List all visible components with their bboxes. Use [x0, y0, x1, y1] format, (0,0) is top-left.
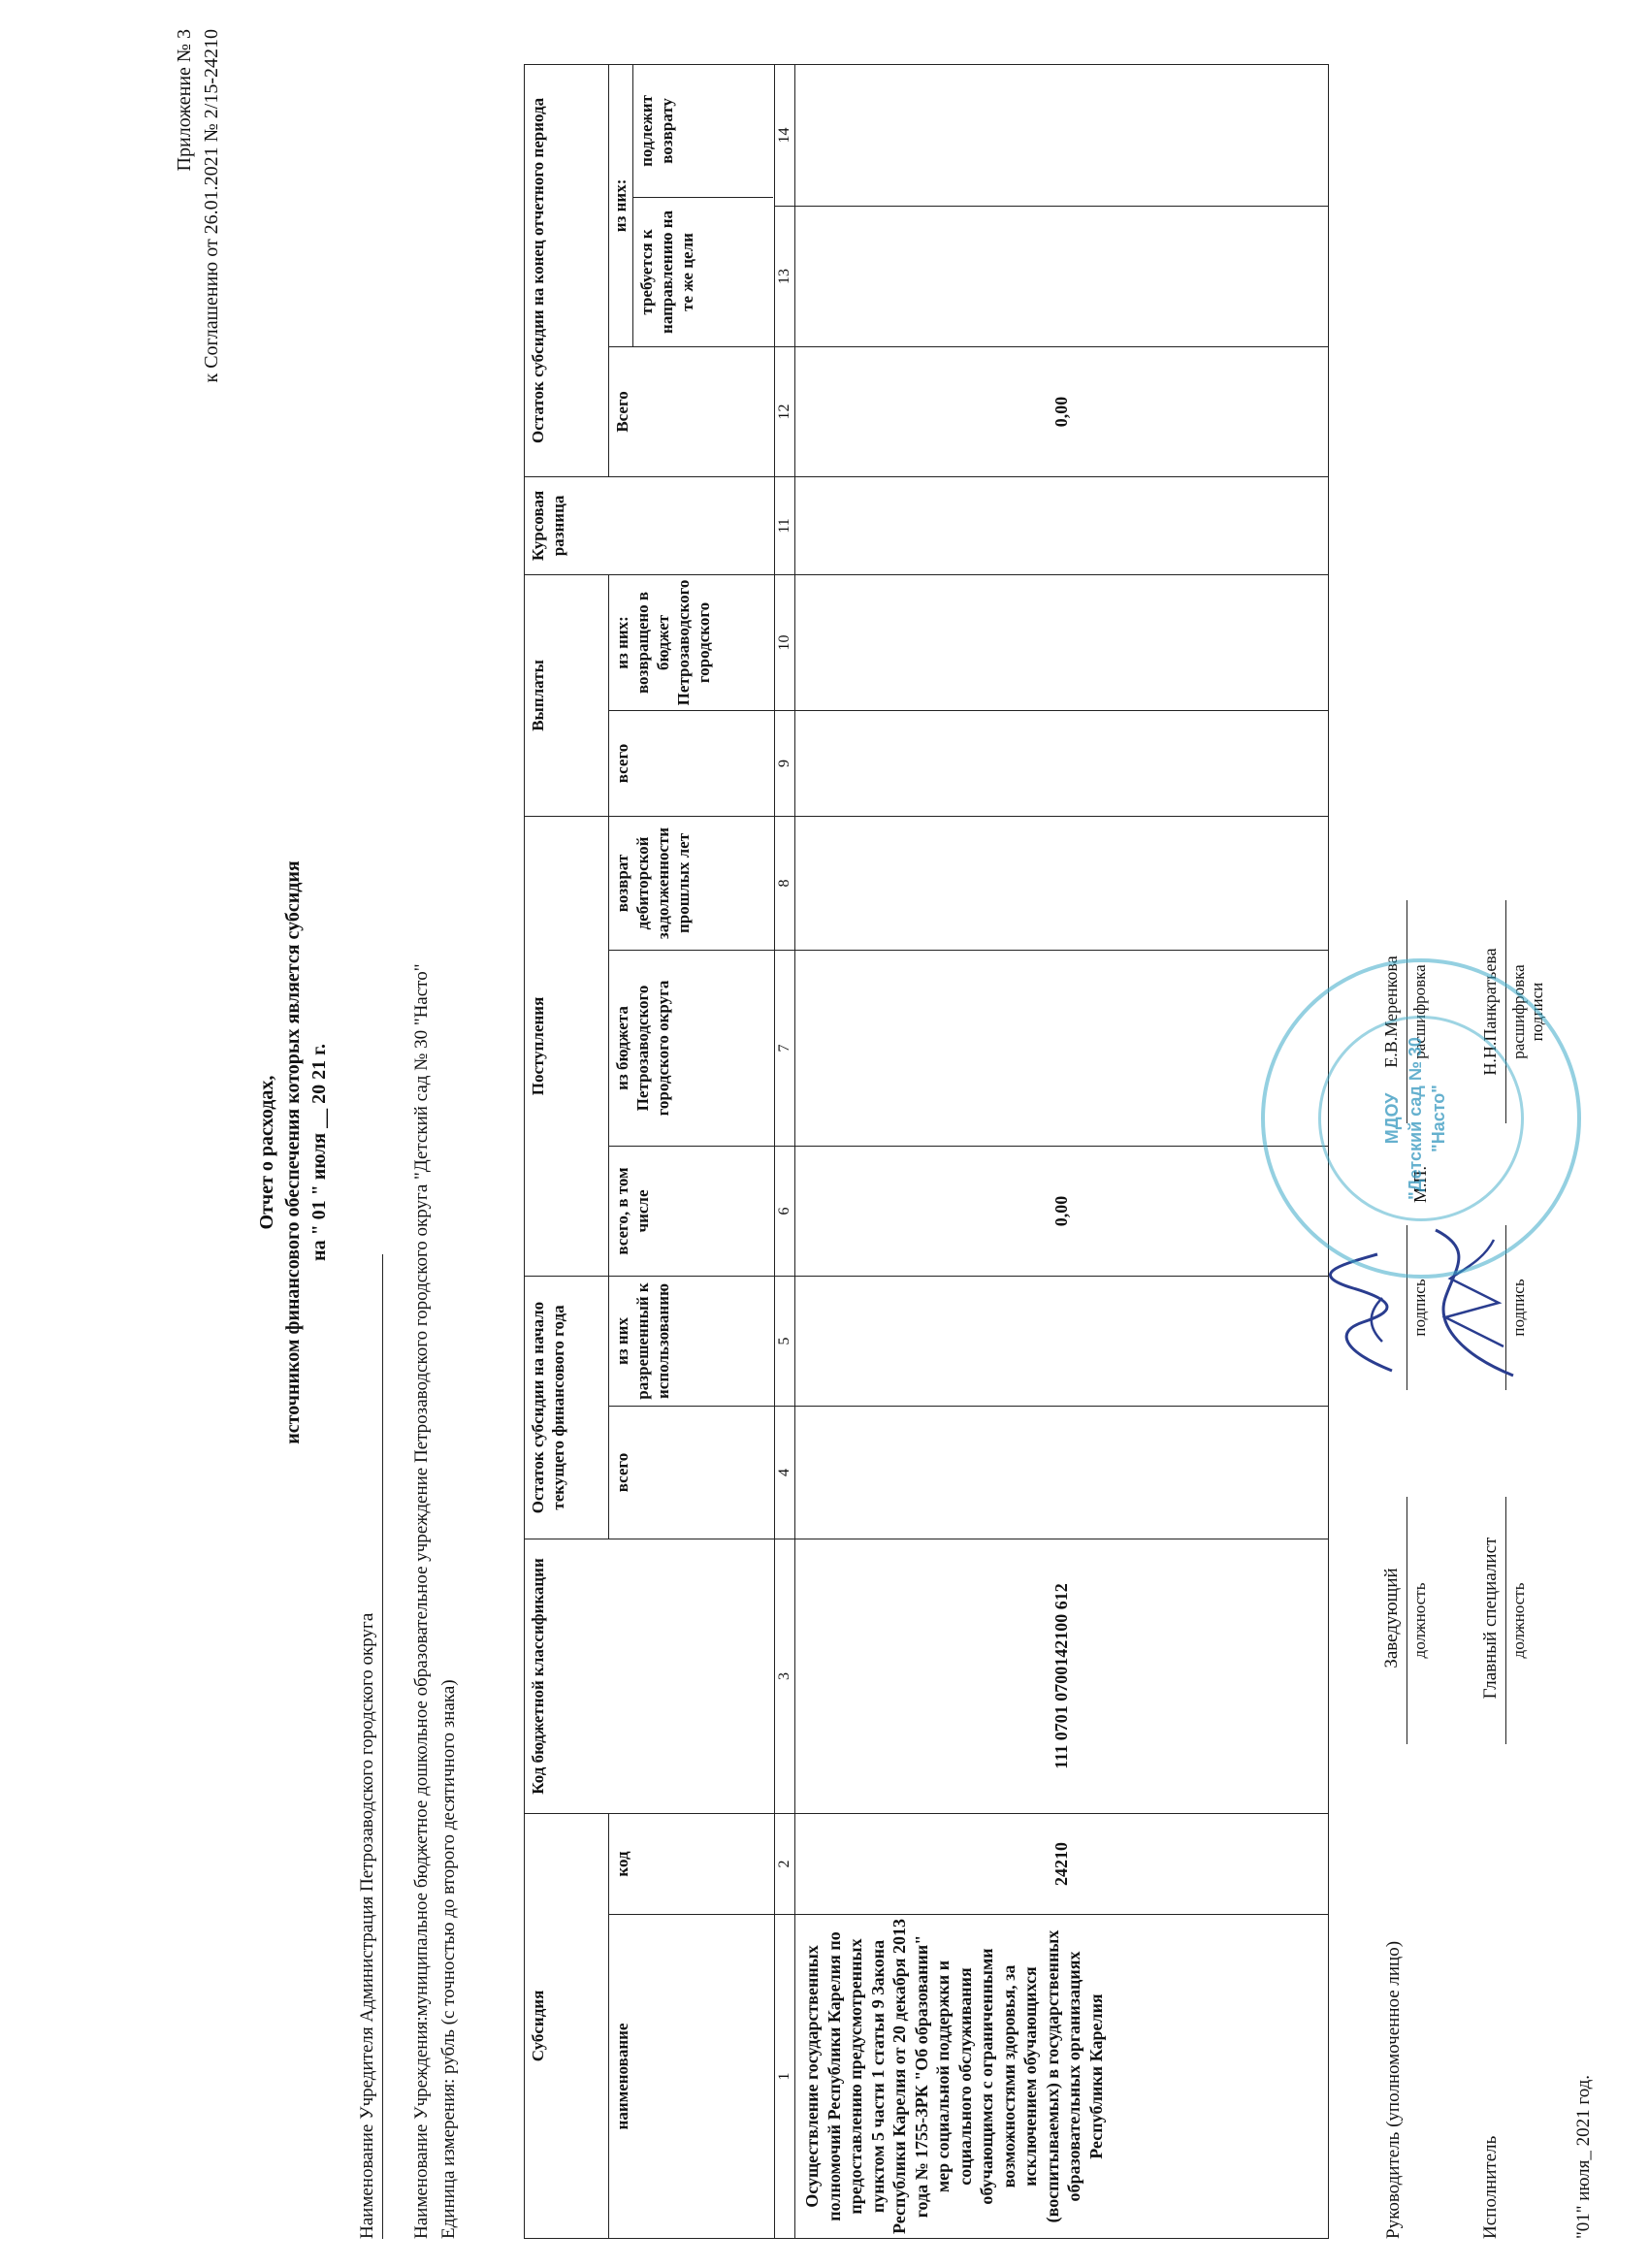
receipts-total-cell: 0,00 — [795, 1147, 1329, 1277]
expense-report-table: Субсидия Код бюджетной классификации Ост… — [524, 64, 1329, 2239]
subheader-code: код — [609, 1814, 775, 1915]
header-kbk: Код бюджетной классификации — [525, 1539, 775, 1814]
organization-stamp: МДОУ "Детский сад № 30 "Насто" — [1261, 958, 1581, 1279]
executor-label: Исполнитель — [1480, 2136, 1502, 2239]
subsidy-name-cell: Осуществление государственных полномочий… — [795, 1915, 1329, 2239]
subheader-payments-total: всего — [609, 710, 775, 816]
title-line-3: на " 01 " июля __ 20 21 г. — [307, 619, 333, 1686]
col-num-9: 9 — [775, 710, 795, 816]
header-subsidy: Субсидия — [525, 1814, 609, 2239]
appendix-number: Приложение № 3 — [171, 29, 198, 383]
head-position: Заведующий — [1381, 1511, 1403, 1725]
subheader-receipts-total: всего, в том числе — [609, 1147, 775, 1277]
header-receipts: Поступления — [525, 816, 609, 1276]
stamp-text-line-1: МДОУ — [1381, 962, 1403, 1275]
col-num-6: 6 — [775, 1147, 795, 1277]
subheader-closing-total: Всего — [609, 346, 775, 476]
head-position-caption: должность — [1410, 1497, 1430, 1744]
subheader-opening-allowed: из них разрешенный к использованию — [609, 1277, 775, 1407]
report-date: "01" июля_ 2021 год. — [1573, 2075, 1595, 2239]
col-num-12: 12 — [775, 346, 795, 476]
col-num-5: 5 — [775, 1277, 795, 1407]
of-which-label: из них: — [609, 65, 633, 346]
agreement-reference: к Соглашению от 26.01.2021 № 2/15-24210 — [198, 29, 225, 383]
col-num-3: 3 — [775, 1539, 795, 1814]
closing-same-goal-cell — [795, 206, 1329, 346]
header-opening-balance: Остаток субсидии на начало текущего фина… — [525, 1277, 609, 1539]
title-line-1: Отчет о расходах, — [254, 619, 280, 1686]
head-label: Руководитель (уполномоченное лицо) — [1381, 1919, 1406, 2239]
col-num-4: 4 — [775, 1407, 795, 1539]
payments-total-cell — [795, 710, 1329, 816]
closing-total-cell: 0,00 — [795, 346, 1329, 476]
col-num-10: 10 — [775, 574, 795, 710]
executor-position: Главный специалист — [1480, 1511, 1502, 1725]
stamp-text-line-3: "Насто" — [1428, 962, 1449, 1275]
subheader-closing-of-which: из них: требуется к направлению на те же… — [609, 64, 775, 346]
rotated-document-page: Приложение № 3 к Соглашению от 26.01.202… — [0, 0, 1649, 2268]
receipts-debts-cell — [795, 816, 1329, 950]
opening-total-cell — [795, 1407, 1329, 1539]
col-num-7: 7 — [775, 951, 795, 1147]
measurement-unit: Единица измерения: рубль (с точностью до… — [438, 1679, 460, 2239]
fx-difference-cell — [795, 476, 1329, 574]
receipts-city-cell — [795, 951, 1329, 1147]
stamp-text-line-2: "Детский сад № 30 — [1405, 962, 1426, 1275]
subheader-opening-total: всего — [609, 1407, 775, 1539]
header-payments: Выплаты — [525, 574, 609, 816]
column-number-row: 1 2 3 4 5 6 7 8 9 10 11 12 13 14 — [775, 64, 795, 2238]
col-num-1: 1 — [775, 1915, 795, 2239]
head-position-line — [1406, 1497, 1407, 1744]
founder-underline — [382, 1254, 383, 2239]
opening-allowed-cell — [795, 1277, 1329, 1407]
col-num-8: 8 — [775, 816, 795, 950]
col-num-13: 13 — [775, 206, 795, 346]
table-row: Осуществление государственных полномочий… — [795, 64, 1329, 2238]
subheader-closing-refund: подлежит возврату — [633, 65, 773, 197]
header-group-row: Субсидия Код бюджетной классификации Ост… — [525, 64, 609, 2238]
subheader-receipts-debts: возврат дебиторской задолженности прошлы… — [609, 816, 775, 950]
subheader-receipts-city: из бюджета Петрозаводского городского ок… — [609, 951, 775, 1147]
payments-returned-cell — [795, 574, 1329, 710]
executor-position-line — [1505, 1497, 1506, 1744]
title-line-2: источником финансового обеспечения котор… — [280, 619, 307, 1686]
header-fx-difference: Курсовая разница — [525, 476, 775, 574]
header-sub-row: наименование код всего из них разрешенны… — [609, 64, 775, 2238]
subheader-name: наименование — [609, 1915, 775, 2239]
col-num-11: 11 — [775, 476, 795, 574]
report-title: Отчет о расходах, источником финансового… — [254, 619, 333, 1686]
appendix-header: Приложение № 3 к Соглашению от 26.01.202… — [171, 29, 225, 383]
col-num-2: 2 — [775, 1814, 795, 1915]
executor-position-caption: должность — [1509, 1497, 1529, 1744]
closing-refund-cell — [795, 64, 1329, 206]
subsidy-code-cell: 24210 — [795, 1814, 1329, 1915]
kbk-cell: 111 0701 0700142100 612 — [795, 1539, 1329, 1814]
col-num-14: 14 — [775, 64, 795, 206]
subheader-payments-returned: из них: возвращено в бюджет Петрозаводск… — [609, 574, 775, 710]
founder-name: Наименование Учредителя Администрация Пе… — [357, 1613, 378, 2239]
header-closing-balance: Остаток субсидии на конец отчетного пери… — [525, 64, 609, 476]
subheader-closing-same-goal: требуется к направлению на те же цели — [633, 197, 773, 346]
institution-name: Наименование Учреждения:муниципальное бю… — [411, 964, 433, 2239]
